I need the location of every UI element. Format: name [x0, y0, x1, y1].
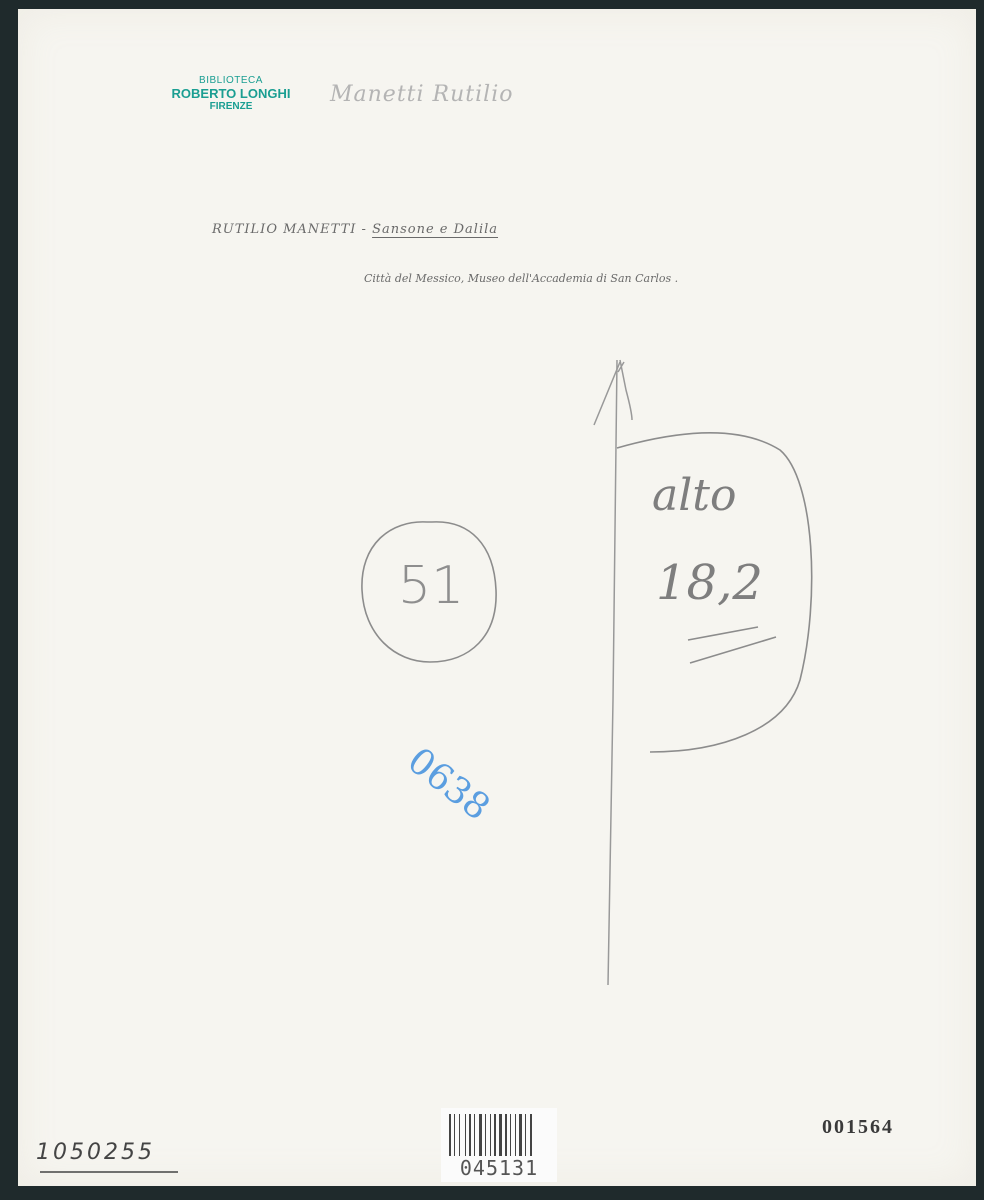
stamped-number: 001564 — [822, 1116, 894, 1139]
pencil-annotations — [0, 0, 984, 1200]
barcode-icon — [449, 1114, 549, 1156]
arrow-head-icon — [594, 360, 632, 425]
circled-number: 51 — [398, 556, 464, 616]
vertical-line — [608, 360, 617, 985]
inventory-number: 1050255 — [36, 1140, 155, 1165]
barcode-label: 045131 — [441, 1108, 557, 1182]
double-underline — [688, 627, 776, 663]
dimension-value: 18,2 — [656, 555, 763, 611]
barcode-number: 045131 — [441, 1156, 557, 1180]
dimension-label: alto — [652, 470, 736, 521]
